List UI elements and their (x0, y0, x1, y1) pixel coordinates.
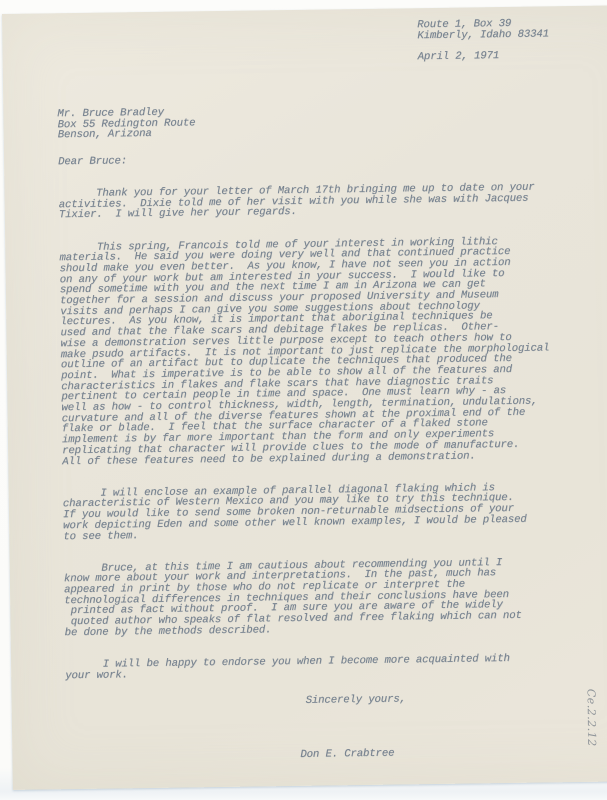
letter-body: Thank you for your letter of March 17th … (58, 182, 553, 681)
letter-page: Route 1, Box 39 Kimberly, Idaho 83341 Ap… (2, 5, 607, 790)
signature-name: Don E. Crabtree (300, 749, 394, 761)
letter-date: April 2, 1971 (418, 51, 500, 63)
archive-number: Ce.2.2.12 (584, 689, 598, 747)
scanned-letter-background: Route 1, Box 39 Kimberly, Idaho 83341 Ap… (0, 0, 607, 800)
closing-phrase: Sincerely yours, (306, 694, 406, 706)
salutation: Dear Bruce: (58, 156, 127, 168)
recipient-address: Mr. Bruce Bradley Box 55 Redington Route… (57, 107, 195, 141)
archive-catalog-note: Ce.2.2.12 (581, 689, 602, 767)
sender-address: Route 1, Box 39 Kimberly, Idaho 83341 (417, 18, 549, 41)
